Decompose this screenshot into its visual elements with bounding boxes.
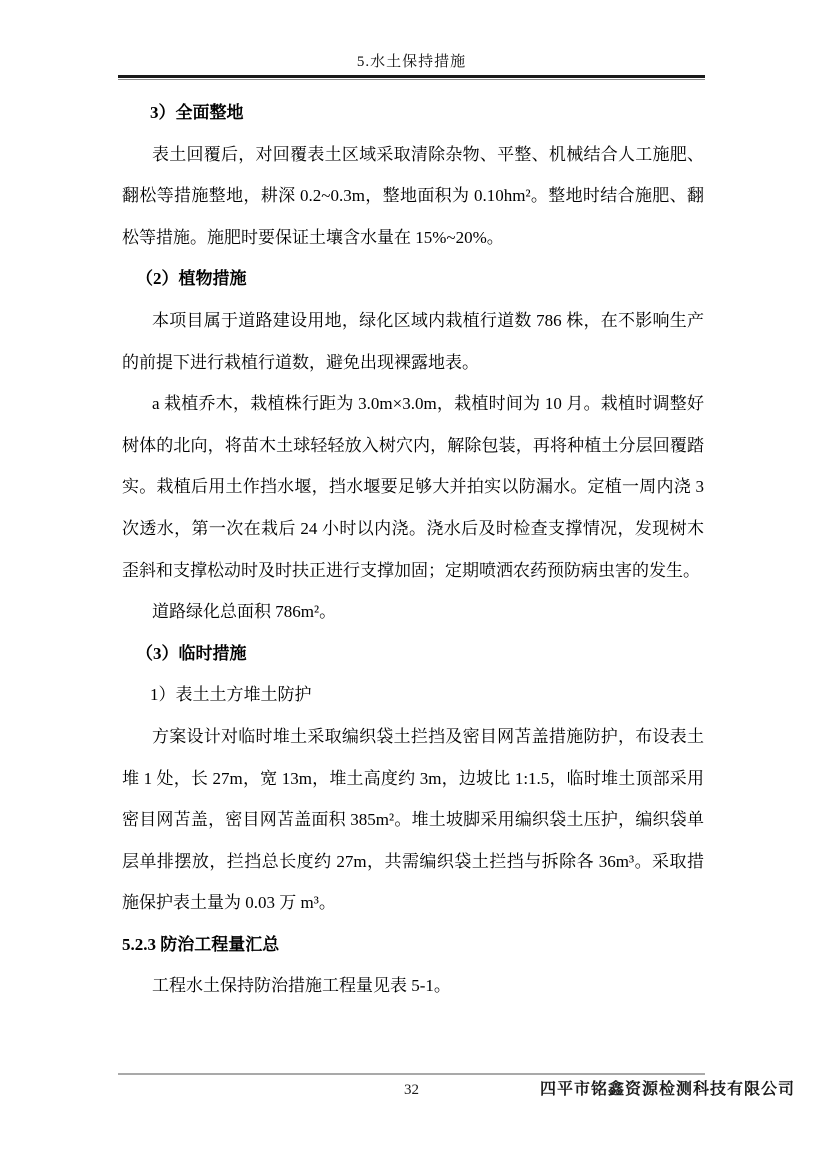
paragraph-land-preparation: 表土回覆后，对回覆表土区域采取清除杂物、平整、机械结合人工施肥、翻松等措施整地，…: [122, 134, 704, 259]
paragraph-greening-area: 道路绿化总面积 786m²。: [122, 591, 704, 633]
header-rule-thick: [118, 75, 705, 78]
document-page: 5.水土保持措施 3）全面整地 表土回覆后，对回覆表土区域采取清除杂物、平整、机…: [0, 0, 827, 1169]
paragraph-see-table-5-1: 工程水土保持防治措施工程量见表 5-1。: [122, 965, 704, 1007]
document-body: 3）全面整地 表土回覆后，对回覆表土区域采取清除杂物、平整、机械结合人工施肥、翻…: [122, 92, 704, 1007]
paragraph-tree-planting: a 栽植乔木，栽植株行距为 3.0m×3.0m，栽植时间为 10 月。栽植时调整…: [122, 383, 704, 591]
footer-company-name: 四平市铭鑫资源检测科技有限公司: [540, 1080, 795, 1100]
header-rule-thin: [118, 79, 705, 80]
heading-523-quantity-summary: 5.2.3 防治工程量汇总: [122, 924, 704, 966]
heading-3-full-land-preparation: 3）全面整地: [122, 92, 704, 134]
paragraph-road-greening: 本项目属于道路建设用地，绿化区域内栽植行道数 786 株，在不影响生产的前提下进…: [122, 300, 704, 383]
heading-3-temporary-measures: （3）临时措施: [122, 633, 704, 675]
footer-rule: [118, 1073, 705, 1075]
subheading-topsoil-protection: 1）表土土方堆土防护: [122, 674, 704, 716]
heading-2-plant-measures: （2）植物措施: [122, 258, 704, 300]
paragraph-topsoil-stockpile: 方案设计对临时堆土采取编织袋土拦挡及密目网苫盖措施防护，布设表土堆 1 处，长 …: [122, 716, 704, 924]
header-title: 5.水土保持措施: [118, 53, 705, 72]
